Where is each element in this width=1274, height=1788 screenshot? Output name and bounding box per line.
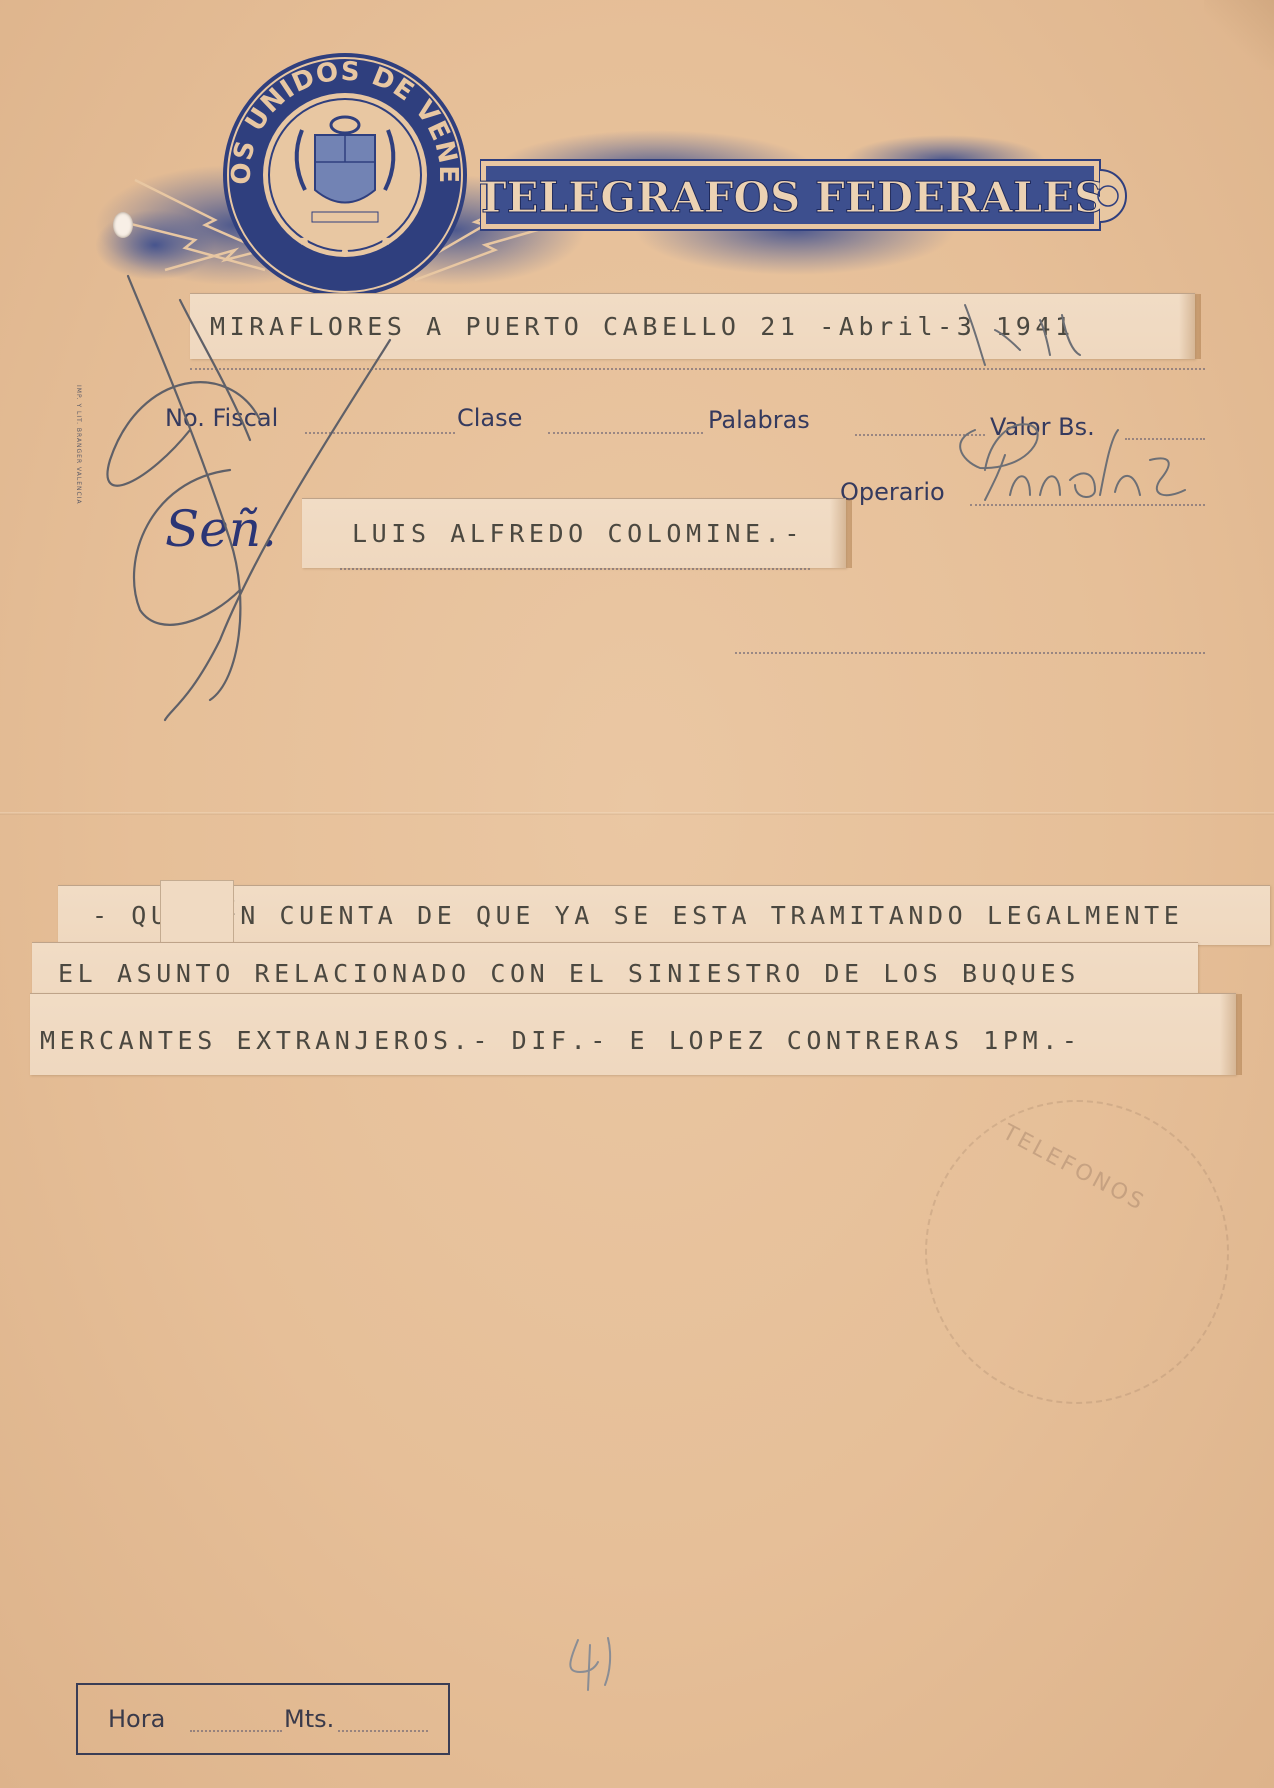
operario-field[interactable] [970, 504, 1205, 506]
origin-destination-date: MIRAFLORES A PUERTO CABELLO 21 -Abril-3 … [210, 312, 1075, 341]
punch-hole [113, 212, 133, 238]
svg-text:★: ★ [337, 239, 353, 260]
no-fiscal-label: No. Fiscal [165, 404, 278, 432]
message-line-2: EL ASUNTO RELACIONADO CON EL SINIESTRO D… [58, 959, 1080, 988]
telegrafos-federales-banner: TELEGRAFOS FEDERALES [480, 150, 1160, 246]
valor-bs-label: Valor Bs. [990, 413, 1095, 441]
valor-bs-field[interactable] [1125, 438, 1205, 440]
hora-label: Hora [108, 1705, 165, 1733]
tape-stain [1220, 994, 1242, 1075]
printer-imprint: IMP. Y LIT. BRANGER VALENCIA [75, 385, 82, 505]
corner-fold [1204, 0, 1274, 70]
mts-label: Mts. [284, 1705, 334, 1733]
svg-text:★: ★ [378, 230, 392, 249]
address-dotted-line[interactable] [735, 652, 1205, 654]
svg-text:★: ★ [298, 230, 312, 249]
svg-text:TELEGRAFOS FEDERALES: TELEGRAFOS FEDERALES [480, 173, 1105, 222]
recipient-dotted-line [340, 568, 810, 570]
palabras-field[interactable] [855, 434, 985, 436]
letterhead: ESTADOS UNIDOS DE VENEZUELA ★ ★ ★ TELEGR… [95, 40, 1185, 300]
recipient-name: LUIS ALFREDO COLOMINE.- [352, 519, 804, 548]
hora-field[interactable] [190, 1730, 282, 1732]
hora-mts-box: Hora Mts. [76, 1683, 450, 1755]
header-dotted-line [190, 368, 1205, 370]
mts-field[interactable] [338, 1730, 428, 1732]
message-line-1-rest: N CUENTA DE QUE YA SE ESTA TRAMITANDO LE… [240, 901, 1183, 930]
senor-salutation: Señ. [165, 500, 277, 558]
tape-stain [830, 499, 852, 568]
paper-fold-line [0, 812, 1274, 815]
no-fiscal-field[interactable] [305, 432, 455, 434]
clase-label: Clase [457, 404, 522, 432]
message-tape-line-1: - QUEDOEN CUENTA DE QUE YA SE ESTA TRAMI… [58, 885, 1270, 945]
message-line-3: MERCANTES EXTRANJEROS.- DIF.- E LOPEZ CO… [40, 1026, 1082, 1055]
operario-label: Operario [840, 478, 945, 506]
tape-stain [1179, 294, 1201, 359]
venezuela-coat-of-arms-seal: ESTADOS UNIDOS DE VENEZUELA ★ ★ ★ [220, 50, 470, 300]
tape-patch [160, 880, 234, 948]
message-tape-line-3: MERCANTES EXTRANJEROS.- DIF.- E LOPEZ CO… [30, 993, 1236, 1075]
palabras-label: Palabras [708, 406, 810, 434]
faint-rubber-stamp [925, 1100, 1229, 1404]
header-tape-strip: MIRAFLORES A PUERTO CABELLO 21 -Abril-3 … [190, 293, 1195, 359]
recipient-tape-strip: LUIS ALFREDO COLOMINE.- [302, 498, 846, 568]
clase-field[interactable] [548, 432, 703, 434]
